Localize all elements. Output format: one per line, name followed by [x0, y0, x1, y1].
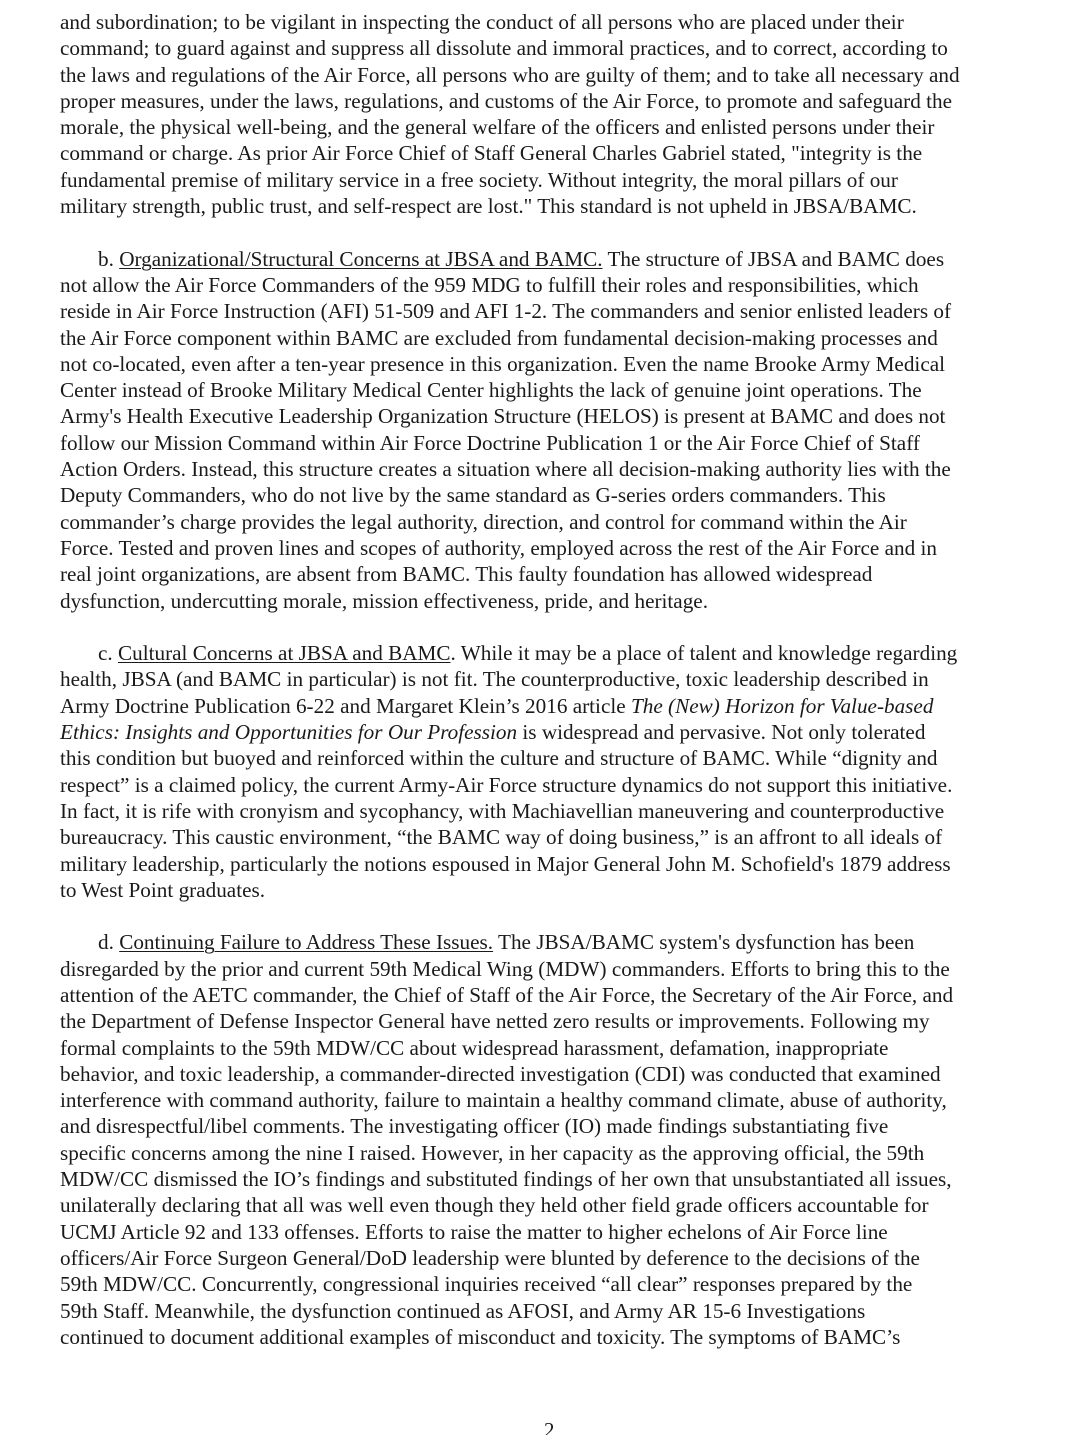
document-page: and subordination; to be vigilant in ins… [60, 9, 1045, 1376]
paragraph-label: d. [98, 930, 119, 954]
paragraph-b-first-line: b. Organizational/Structural Concerns at… [60, 246, 1045, 272]
text-line: command; to guard against and suppress a… [60, 35, 1045, 61]
text-line: the Air Force component within BAMC are … [60, 325, 1045, 351]
text-line: reside in Air Force Instruction (AFI) 51… [60, 298, 1045, 324]
text-line: dysfunction, undercutting morale, missio… [60, 588, 1045, 614]
text-line: Force. Tested and proven lines and scope… [60, 535, 1045, 561]
text-line: the laws and regulations of the Air Forc… [60, 62, 1045, 88]
text-line: MDW/CC dismissed the IO’s findings and s… [60, 1166, 1045, 1192]
text-line: proper measures, under the laws, regulat… [60, 88, 1045, 114]
text-line: attention of the AETC commander, the Chi… [60, 982, 1045, 1008]
text-line: respect” is a claimed policy, the curren… [60, 772, 1045, 798]
section-heading-organizational-structural: Organizational/Structural Concerns at JB… [119, 247, 602, 271]
text-line: fundamental premise of military service … [60, 167, 1045, 193]
text-line: not co-located, even after a ten-year pr… [60, 351, 1045, 377]
text-line: the Department of Defense Inspector Gene… [60, 1008, 1045, 1034]
text-line: disregarded by the prior and current 59t… [60, 956, 1045, 982]
section-heading-continuing-failure: Continuing Failure to Address These Issu… [119, 930, 493, 954]
text-line: 59th Staff. Meanwhile, the dysfunction c… [60, 1298, 1045, 1324]
text-line: interference with command authority, fai… [60, 1087, 1045, 1113]
section-heading-cultural-concerns: Cultural Concerns at JBSA and BAMC [118, 641, 451, 665]
paragraph-d: d. Continuing Failure to Address These I… [60, 929, 1045, 1350]
text-line: not allow the Air Force Commanders of th… [60, 272, 1045, 298]
page-number: 2 [544, 1417, 555, 1435]
text-line: officers/Air Force Surgeon General/DoD l… [60, 1245, 1045, 1271]
paragraph-a-continued: and subordination; to be vigilant in ins… [60, 9, 1045, 219]
text-line: this condition but buoyed and reinforced… [60, 745, 1045, 771]
text-line: unilaterally declaring that all was well… [60, 1192, 1045, 1218]
text-line: formal complaints to the 59th MDW/CC abo… [60, 1035, 1045, 1061]
text-line: 59th MDW/CC. Concurrently, congressional… [60, 1271, 1045, 1297]
text-line: and disrespectful/libel comments. The in… [60, 1113, 1045, 1139]
text-line: follow our Mission Command within Air Fo… [60, 430, 1045, 456]
text-line: Action Orders. Instead, this structure c… [60, 456, 1045, 482]
text-run: Army Doctrine Publication 6-22 and Marga… [60, 694, 631, 718]
text-line: to West Point graduates. [60, 877, 1045, 903]
paragraph-d-first-line: d. Continuing Failure to Address These I… [60, 929, 1045, 955]
article-title-italic: Ethics: Insights and Opportunities for O… [60, 720, 517, 744]
text-run: The JBSA/BAMC system's dysfunction has b… [493, 930, 914, 954]
paragraph-label: c. [98, 641, 118, 665]
text-line: and subordination; to be vigilant in ins… [60, 9, 1045, 35]
text-line: continued to document additional example… [60, 1324, 1045, 1350]
text-run: . While it may be a place of talent and … [451, 641, 958, 665]
text-line: real joint organizations, are absent fro… [60, 561, 1045, 587]
paragraph-c: c. Cultural Concerns at JBSA and BAMC. W… [60, 640, 1045, 903]
text-line: health, JBSA (and BAMC in particular) is… [60, 666, 1045, 692]
text-line: morale, the physical well-being, and the… [60, 114, 1045, 140]
text-line: Ethics: Insights and Opportunities for O… [60, 719, 1045, 745]
paragraph-c-first-line: c. Cultural Concerns at JBSA and BAMC. W… [60, 640, 1045, 666]
text-line: behavior, and toxic leadership, a comman… [60, 1061, 1045, 1087]
text-line: military leadership, particularly the no… [60, 851, 1045, 877]
paragraph-label: b. [98, 247, 119, 271]
text-run: is widespread and pervasive. Not only to… [517, 720, 925, 744]
text-line: command or charge. As prior Air Force Ch… [60, 140, 1045, 166]
text-line: UCMJ Article 92 and 133 offenses. Effort… [60, 1219, 1045, 1245]
text-line: In fact, it is rife with cronyism and sy… [60, 798, 1045, 824]
text-line: commander’s charge provides the legal au… [60, 509, 1045, 535]
text-line: Center instead of Brooke Military Medica… [60, 377, 1045, 403]
text-line: Army's Health Executive Leadership Organ… [60, 403, 1045, 429]
text-line: Deputy Commanders, who do not live by th… [60, 482, 1045, 508]
paragraph-b: b. Organizational/Structural Concerns at… [60, 246, 1045, 614]
text-line: bureaucracy. This caustic environment, “… [60, 824, 1045, 850]
text-run: The structure of JBSA and BAMC does [603, 247, 945, 271]
text-line: specific concerns among the nine I raise… [60, 1140, 1045, 1166]
text-line: Army Doctrine Publication 6-22 and Marga… [60, 693, 1045, 719]
article-title-italic: The (New) Horizon for Value-based [631, 694, 934, 718]
text-line: military strength, public trust, and sel… [60, 193, 1045, 219]
